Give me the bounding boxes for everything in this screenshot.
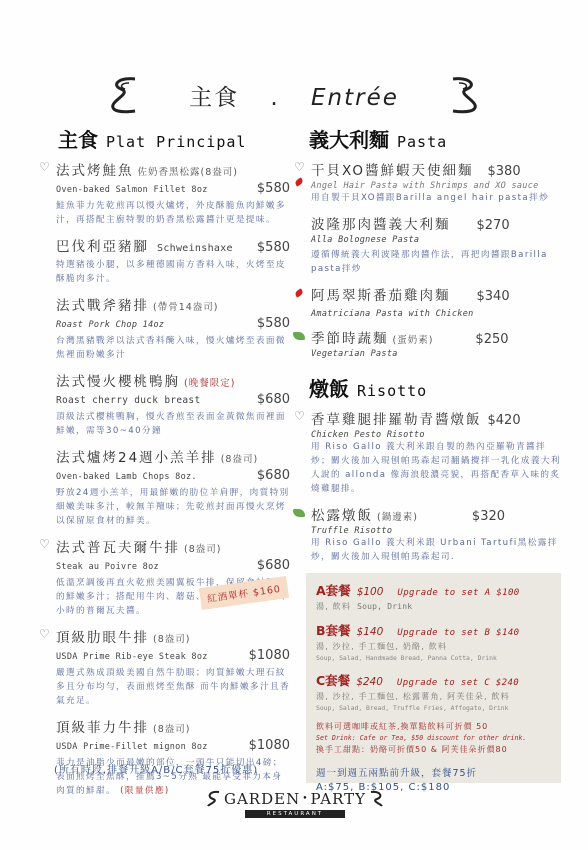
chili-spicy-icon (294, 177, 304, 186)
limited-supply-note: (限量供應) (120, 786, 169, 796)
restaurant-logo: GARDEN • PARTY RESTAURANT (213, 790, 377, 826)
item-description: 用 Riso Gallo 義大利米跟自製的熱內亞羅勒青醬拌炒；關火後加入現刨帕馬… (311, 440, 568, 496)
ornament-right-icon (447, 75, 481, 115)
item-en-name: Amatriciana Pasta with Chicken (311, 309, 474, 319)
item-en-name: Roast Pork Chop 14oz (56, 320, 164, 330)
heading-zh: 燉飯 (309, 377, 349, 401)
item-en-name: Angel Hair Pasta with Shrimps and XO sau… (311, 181, 539, 191)
item-name: 阿馬翠斯番茄雞肉麵 (311, 284, 451, 304)
item-name: 頂級肋眼牛排 (56, 626, 149, 646)
section-heading-risotto: 燉飯Risotto (309, 373, 568, 402)
item-name: 法式戰斧豬排 (56, 294, 149, 314)
logo-name-right: PARTY (311, 790, 367, 808)
item-price: $680 (257, 392, 296, 407)
item-description: 嚴選式熟成頂級美國自然牛肋眼；肉質鮮嫩大理石紋多且分布均勻，表面煎烤至焦酥 而牛… (56, 666, 296, 708)
item-en-name: USDA Prime-Fillet mignon 8oz (56, 742, 208, 752)
item-description: 鮭魚菲力先乾煎再以慢火爐烤，外皮酥脆魚肉鮮嫩多汁，再搭配主廚特製的奶香黑松露醬汁… (56, 199, 296, 227)
item-price: $380 (488, 164, 527, 179)
set-contents-zh: 湯, 飲料 (316, 602, 351, 611)
logo-subtitle: RESTAURANT (245, 810, 345, 818)
item-price: $340 (477, 289, 516, 304)
drink-dessert-notes: 飲料可選咖啡或紅茶,換單點飲料可折價 50 Set Drink: Cafe or… (316, 721, 553, 755)
menu-item: 巴伐利亞豬腳Schweinshaxe$580 特選豬後小腿，以多種德國南方香料入… (38, 235, 296, 286)
heading-en: Plat Principal (106, 133, 246, 151)
section-heading-pasta: 義大利麵Pasta (309, 124, 568, 153)
set-label: C套餐 (316, 671, 350, 689)
item-name: 法式慢火櫻桃鴨胸 (56, 370, 180, 390)
item-description: 用 Riso Gallo 義大利米跟 Urbani Tartufi黑松露拌炒，關… (311, 536, 568, 564)
set-contents-zh: 湯, 沙拉, 手工麵包, 松露薯角, 阿芙佳朵, 飲料 (316, 691, 553, 702)
item-name: 干貝XO醬鮮蝦天使細麵 (311, 159, 474, 179)
logo-swirl-right-icon (369, 790, 385, 808)
item-name: 法式普瓦夫爾牛排 (56, 536, 180, 556)
item-note: (8盎司) (153, 721, 190, 735)
menu-item: ♡ 干貝XO醬鮮蝦天使細麵$380 Angel Hair Pasta with … (293, 159, 568, 205)
dessert-note: 換手工甜點：奶酪可折價50 & 阿芙佳朵折價80 (316, 744, 553, 755)
logo-swirl-left-icon (205, 790, 221, 808)
item-price: $680 (257, 558, 296, 573)
item-note: (8盎司) (184, 541, 221, 555)
menu-item: 法式爐烤24週小羔羊排(8盎司) Oven-baked Lamb Chops 8… (38, 446, 296, 528)
set-price: $140 (357, 626, 384, 638)
item-note: (8盎司) (153, 631, 190, 645)
pasta-risotto-column: 義大利麵Pasta ♡ 干貝XO醬鮮蝦天使細麵$380 Angel Hair P… (293, 118, 568, 612)
item-name: 香草雞腿排羅勒青醬燉飯 (311, 408, 482, 428)
title-zh: 主食 (189, 85, 239, 111)
section-heading-main: 主食Plat Principal (58, 124, 296, 153)
heading-en: Risotto (357, 382, 427, 400)
set-contents-en: Soup, Salad, Handmade Bread, Panna Cotta… (316, 654, 553, 662)
set-contents-en: Soup, Drink (357, 602, 412, 611)
item-description: 遵循傳統義大利波隆那肉醬作法，再把肉醬跟Barilla pasta拌炒 (311, 248, 568, 276)
item-description: 野放24週小羔羊，用最鮮嫩的肋位羊肩胛，肉質特別細嫩美味多汁，較無羊羶味；先乾煎… (56, 486, 296, 528)
set-price: $100 (357, 586, 384, 598)
main-course-column: 主食Plat Principal ♡ 法式烤鮭魚佐奶香黑松露(8盎司) Oven… (38, 118, 296, 806)
set-price: $240 (356, 676, 383, 688)
heading-zh: 主食 (58, 128, 98, 152)
item-note: (鍋邊素) (377, 509, 418, 523)
set-label: B套餐 (316, 621, 351, 639)
item-en-name: Steak au Poivre 8oz (56, 562, 159, 572)
item-name: 季節時蔬麵 (311, 327, 389, 347)
item-name: 頂級菲力牛排 (56, 716, 149, 736)
item-note: (晚餐限定) (184, 375, 235, 389)
item-note: (蛋奶素) (393, 332, 434, 346)
logo-name-left: GARDEN (224, 790, 300, 808)
menu-title: 主食 . Entrée (0, 72, 588, 118)
item-name: 法式爐烤24週小羔羊排 (56, 446, 217, 466)
set-upgrade-text: Upgrade to set C $240 (397, 678, 519, 688)
drink-note-zh: 飲料可選咖啡或紅茶,換單點飲料可折價 50 (316, 721, 553, 732)
item-price: $270 (477, 218, 516, 233)
title-fr: Entrée (311, 85, 399, 111)
menu-item: 波隆那肉醬義大利麵$270 Alla Bolognese Pasta 遵循傳統義… (293, 213, 568, 276)
menu-item: ♡ 法式普瓦夫爾牛排(8盎司) Steak au Poivre 8oz$680 … (38, 536, 296, 618)
item-en-name: Oven-baked Lamb Chops 8oz. (56, 472, 197, 482)
menu-item: 法式慢火櫻桃鴨胸(晚餐限定) Roast cherry duck breast$… (38, 370, 296, 438)
item-en-name: Schweinshaxe (157, 243, 233, 254)
weekday-discount-text: 週一到週五兩點前升級，套餐75折 (316, 765, 553, 779)
item-en-name: Alla Bolognese Pasta (311, 235, 419, 245)
item-price: $320 (472, 509, 511, 524)
logo-dot: • (302, 794, 308, 804)
item-price: $420 (488, 413, 527, 428)
title-separator: . (270, 85, 279, 111)
heading-zh: 義大利麵 (309, 128, 389, 152)
item-en-name: USDA Prime Rib-eye Steak 8oz (56, 652, 208, 662)
item-en-name: Truffle Risotto (311, 526, 392, 536)
set-contents-en: Soup, Salad, Bread, Truffle Fries, Affog… (316, 704, 553, 712)
menu-item: ♡ 頂級肋眼牛排(8盎司) USDA Prime Rib-eye Steak 8… (38, 626, 296, 708)
heart-icon: ♡ (294, 410, 308, 422)
item-price: $580 (257, 316, 296, 331)
menu-item: ♡ 香草雞腿排羅勒青醬燉飯$420 Chicken Pesto Risotto … (293, 408, 568, 496)
item-note: 佐奶香黑松露(8盎司) (138, 164, 238, 178)
weekday-discount: 週一到週五兩點前升級，套餐75折 A:$75, B:$105, C:$180 (316, 765, 553, 793)
drink-note-en: Set Drink: Cafe or Tea, $50 discount for… (316, 734, 553, 742)
item-note: (帶骨14盎司) (153, 299, 219, 313)
set-b: B套餐$140Upgrade to set B $140 湯, 沙拉, 手工麵包… (316, 621, 553, 662)
menu-item: 法式戰斧豬排(帶骨14盎司) Roast Pork Chop 14oz$580 … (38, 294, 296, 362)
item-name: 波隆那肉醬義大利麵 (311, 213, 451, 233)
menu-item: 阿馬翠斯番茄雞肉麵$340 Amatriciana Pasta with Chi… (293, 284, 568, 319)
item-name: 巴伐利亞豬腳 (56, 235, 149, 255)
menu-item: 季節時蔬麵(蛋奶素)$250 Vegetarian Pasta (293, 327, 568, 359)
set-upgrade-note: (所有時段,排餐升級A/B/C套餐75折優惠) (54, 761, 258, 776)
heart-icon: ♡ (39, 538, 53, 550)
item-en-name: Chicken Pesto Risotto (311, 430, 425, 440)
item-description: 頂級法式櫻桃鴨胸，慢火香煎至表面金黃微焦而裡面鮮嫩，需等30~40分鐘 (56, 410, 296, 438)
heart-icon: ♡ (39, 161, 53, 173)
item-price: $680 (257, 468, 296, 483)
set-c: C套餐$240Upgrade to set C $240 湯, 沙拉, 手工麵包… (316, 671, 553, 712)
menu-item: ♡ 法式烤鮭魚佐奶香黑松露(8盎司) Oven-baked Salmon Fil… (38, 159, 296, 227)
item-price: $580 (257, 181, 296, 196)
item-en-name: Vegetarian Pasta (311, 349, 398, 359)
set-contents-zh: 湯, 沙拉, 手工麵包, 奶酪, 飲料 (316, 641, 553, 652)
item-description: 用自製干貝XO醬跟Barilla angel hair pasta拌炒 (311, 191, 568, 205)
chili-spicy-icon (294, 288, 304, 297)
item-description: 特選豬後小腿，以多種德國南方香料入味，火烤至皮酥脆肉多汁。 (56, 258, 296, 286)
heart-icon: ♡ (294, 161, 308, 173)
item-en-name: Roast cherry duck breast (56, 395, 200, 406)
set-a: A套餐$100Upgrade to set A $100 湯, 飲料Soup, … (316, 581, 553, 612)
item-en-name: Oven-baked Salmon Fillet 8oz (56, 185, 208, 195)
menu-item: 頂級菲力牛排(8盎司) USDA Prime-Fillet mignon 8oz… (38, 716, 296, 798)
vegetarian-leaf-icon (293, 509, 305, 517)
item-name: 松露燉飯 (311, 504, 373, 524)
set-menu-box: A套餐$100Upgrade to set A $100 湯, 飲料Soup, … (306, 573, 561, 783)
item-price: $580 (257, 240, 296, 255)
set-upgrade-text: Upgrade to set B $140 (397, 628, 519, 638)
item-description: 台灣黑豬戰斧以法式香料醃入味，慢火爐烤至表面微焦裡面粉嫩多汁 (56, 334, 296, 362)
item-name: 法式烤鮭魚 (56, 159, 134, 179)
ornament-left-icon (107, 75, 141, 115)
item-price: $1080 (249, 738, 296, 753)
heading-en: Pasta (397, 133, 447, 151)
item-price: $250 (475, 332, 514, 347)
item-price: $1080 (249, 648, 296, 663)
item-note: (8盎司) (221, 451, 258, 465)
set-label: A套餐 (316, 581, 351, 599)
heart-icon: ♡ (39, 628, 53, 640)
set-upgrade-text: Upgrade to set A $100 (397, 588, 519, 598)
vegetarian-leaf-icon (293, 332, 305, 340)
menu-item: 松露燉飯(鍋邊素)$320 Truffle Risotto 用 Riso Gal… (293, 504, 568, 564)
